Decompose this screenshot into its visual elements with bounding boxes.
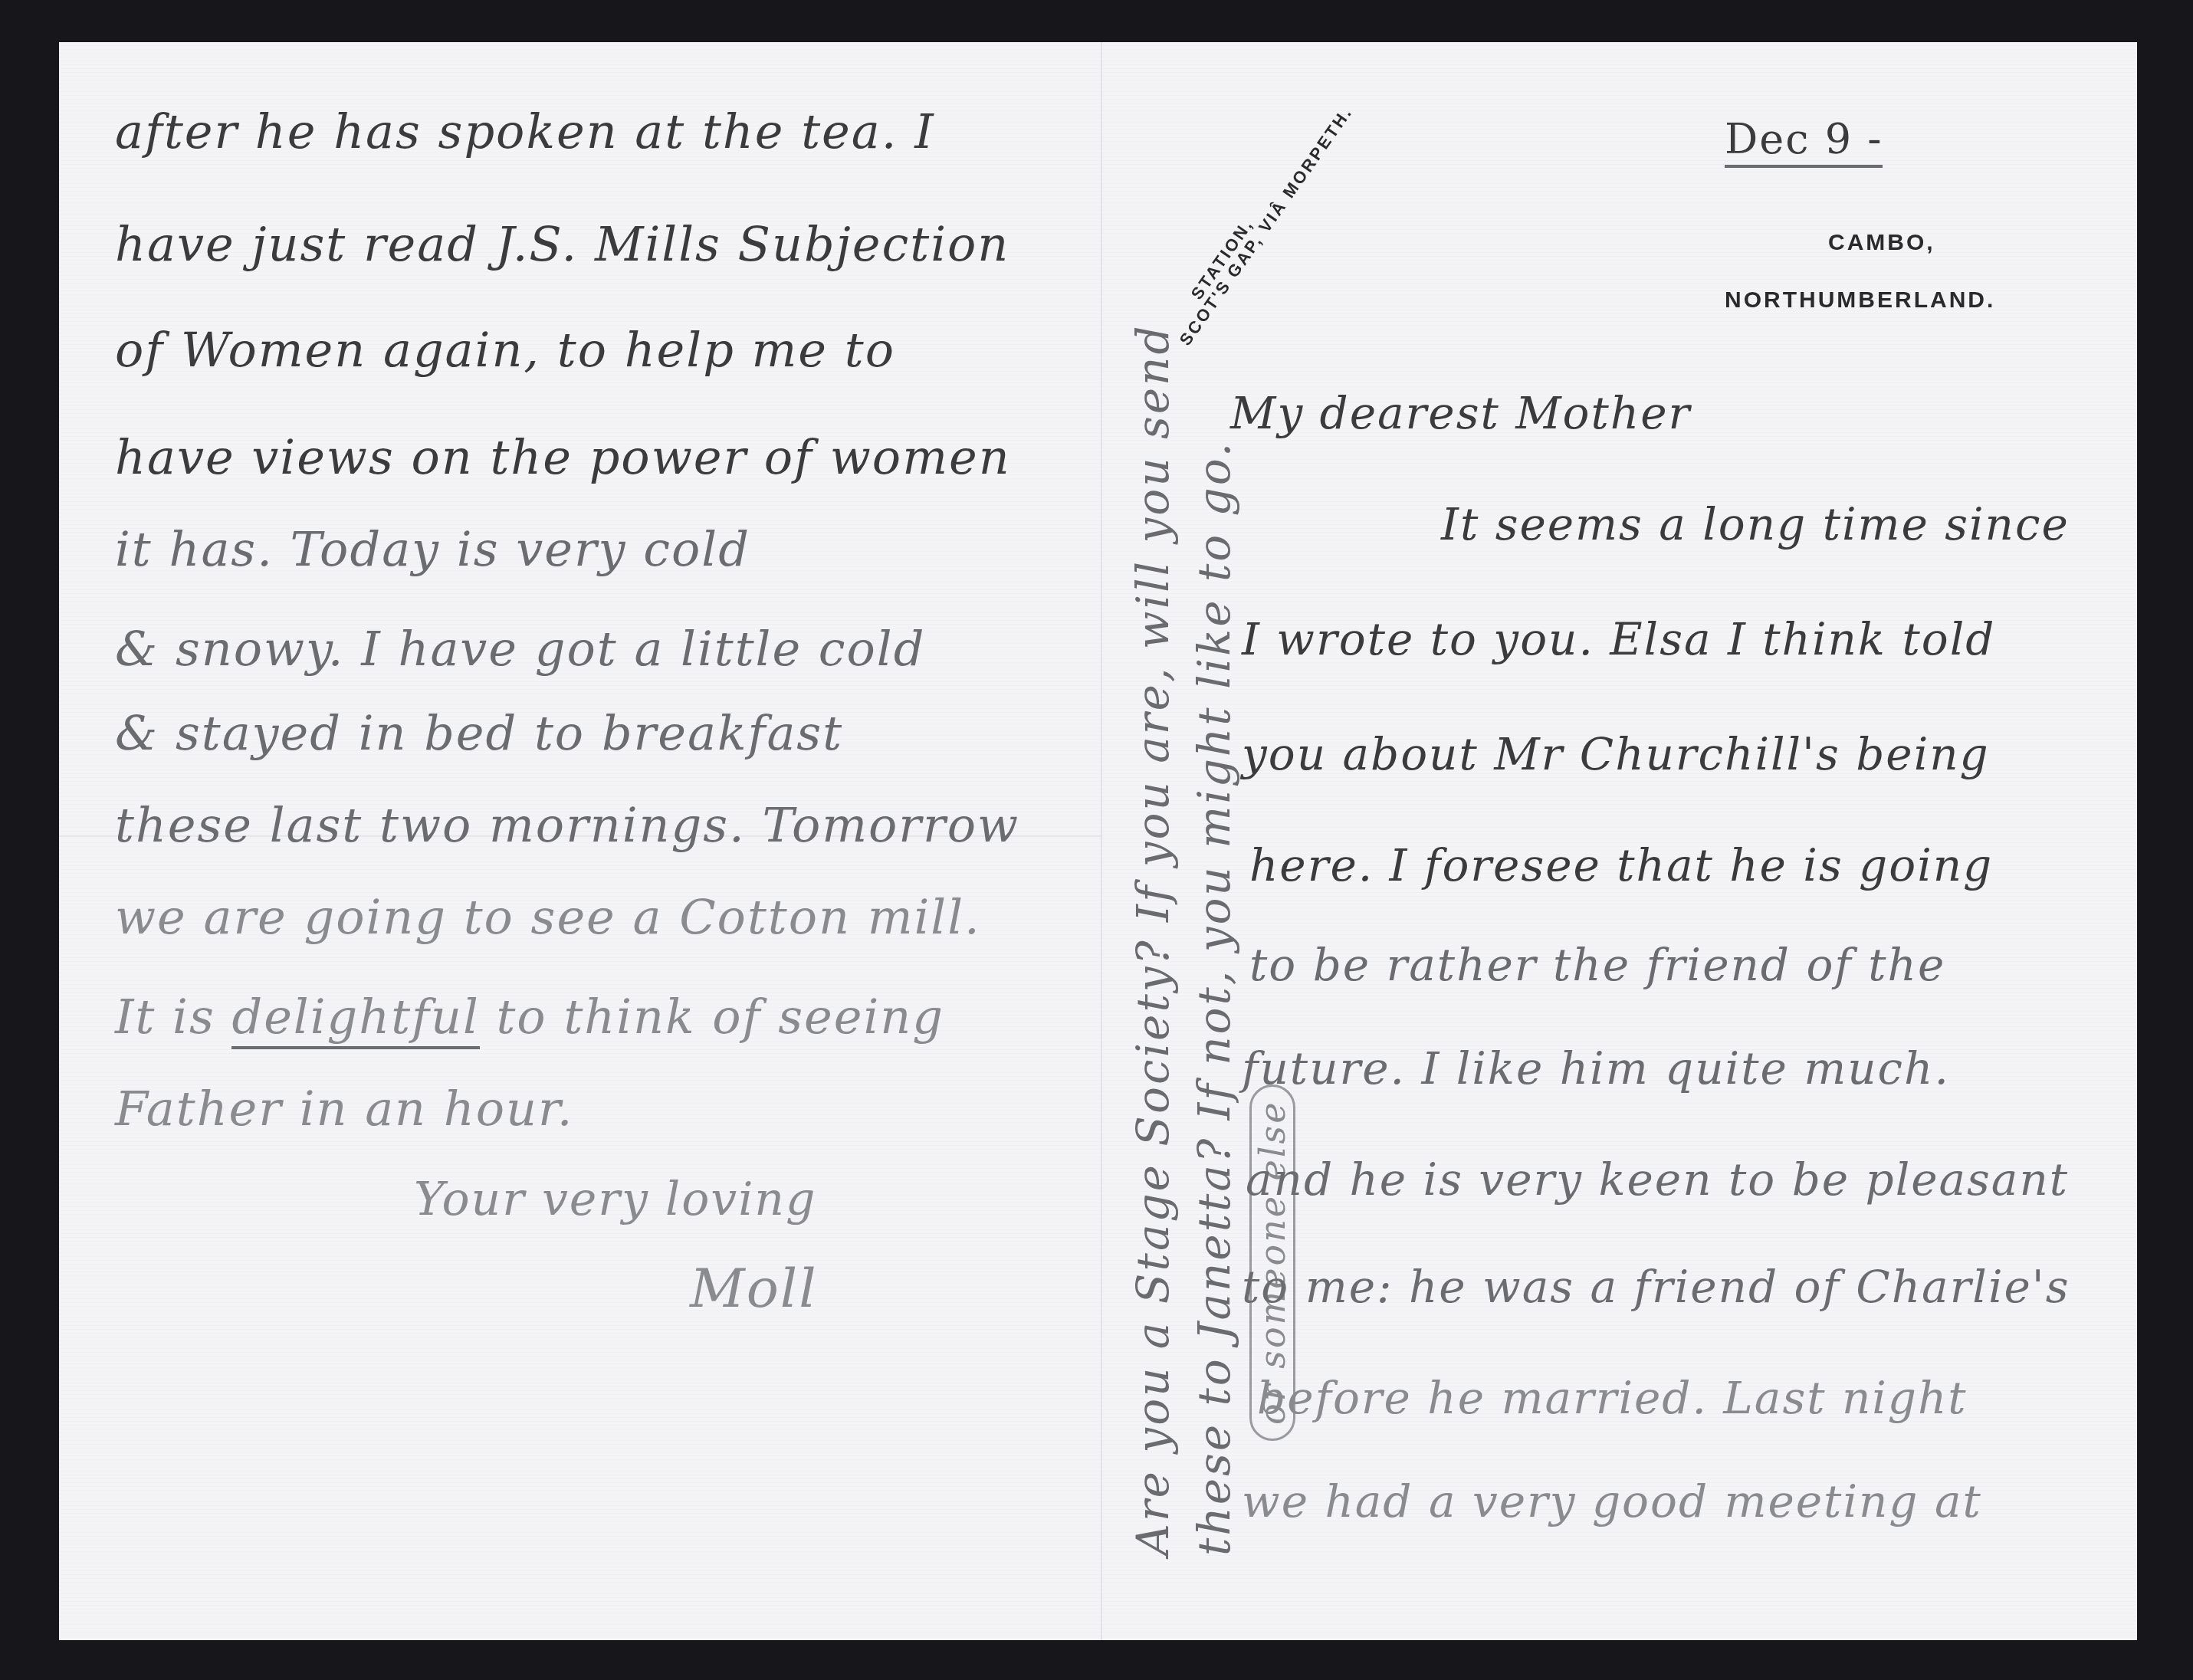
- margin-note-line-1: Are you a Stage Society? If you are, wil…: [1127, 323, 1179, 1556]
- left-line-4: have views on the power of women: [115, 429, 1011, 485]
- left-line-9: we are going to see a Cotton mill.: [115, 889, 981, 945]
- center-fold: [1101, 42, 1102, 1640]
- date-text: Dec 9 -: [1725, 115, 1883, 168]
- left-line-5: it has. Today is very cold: [115, 521, 750, 577]
- right-line-4: here. I foresee that he is going: [1249, 839, 1993, 891]
- left-line-10: It is delightful to think of seeing: [115, 989, 944, 1045]
- letterhead-address-line-1: CAMBO,: [1828, 230, 1935, 256]
- left-line-11: Father in an hour.: [115, 1081, 573, 1137]
- emphasized-word: delightful: [231, 989, 479, 1049]
- letterhead-address-line-2: NORTHUMBERLAND.: [1725, 287, 1995, 313]
- right-line-8: to me: he was a friend of Charlie's: [1242, 1261, 2070, 1313]
- left-line-8: these last two mornings. Tomorrow: [115, 797, 1019, 853]
- emphasis-suffix: to think of seeing: [480, 989, 944, 1045]
- right-line-9: before he married. Last night: [1257, 1372, 1968, 1424]
- left-line-2: have just read J.S. Mills Subjection: [115, 216, 1010, 272]
- left-line-1: after he has spoken at the tea. I: [115, 103, 935, 159]
- closing: Your very loving: [414, 1173, 816, 1226]
- salutation: My dearest Mother: [1230, 387, 1691, 439]
- right-line-10: we had a very good meeting at: [1242, 1475, 1982, 1527]
- emphasis-prefix: It is: [115, 989, 231, 1045]
- right-line-3: you about Mr Churchill's being: [1242, 728, 1990, 780]
- right-line-7: and he is very keen to be pleasant: [1246, 1153, 2069, 1206]
- left-line-6: & snowy. I have got a little cold: [115, 621, 925, 677]
- right-line-2: I wrote to you. Elsa I think told: [1242, 613, 1995, 665]
- right-line-6: future. I like him quite much.: [1242, 1042, 1950, 1094]
- signature: Moll: [690, 1257, 818, 1320]
- date: Dec 9 -: [1725, 115, 1883, 163]
- margin-note-line-2: these to Janetta? If not, you might like…: [1188, 441, 1240, 1556]
- left-line-7: & stayed in bed to breakfast: [115, 705, 843, 761]
- right-line-1: It seems a long time since: [1441, 498, 2070, 550]
- right-line-5: to be rather the friend of the: [1249, 939, 1945, 991]
- left-line-3: of Women again, to help me to: [115, 322, 895, 378]
